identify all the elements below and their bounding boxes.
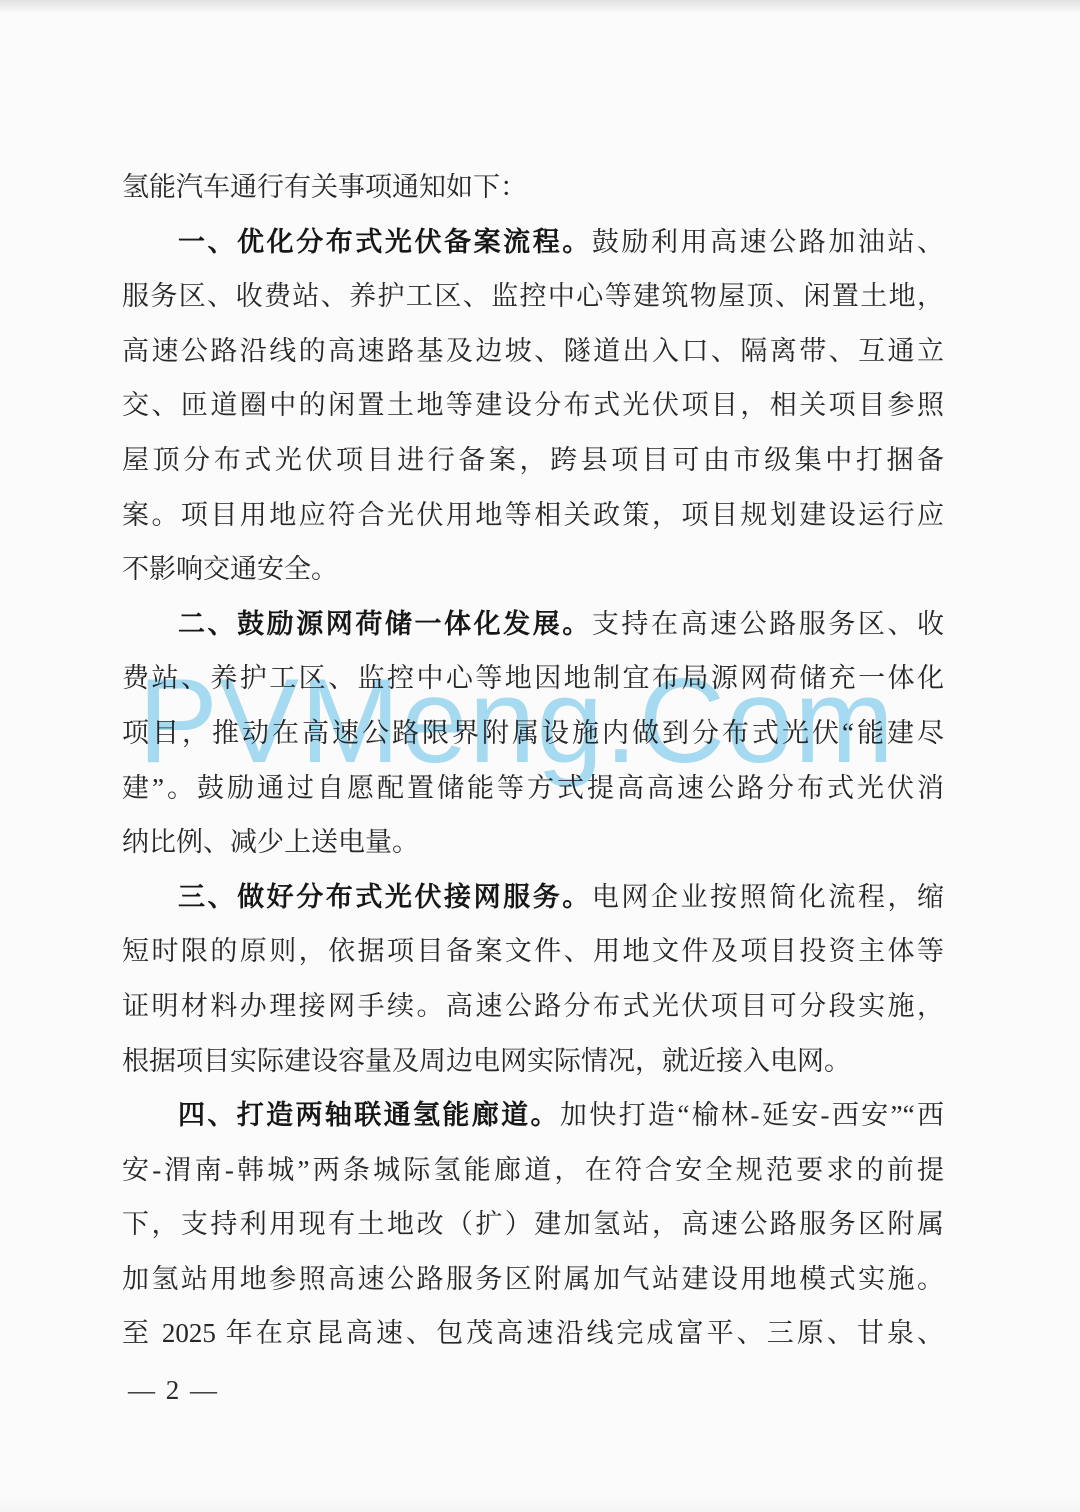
section-heading: 三、做好分布式光伏接网服务。 bbox=[178, 882, 592, 912]
scan-artifact-top bbox=[0, 0, 1080, 12]
text-line: 不影响交通安全。 bbox=[122, 542, 944, 597]
text-line: 服务区、收费站、养护工区、监控中心等建筑物屋顶、闲置土地， bbox=[122, 269, 944, 324]
document-text-body: 氢能汽车通行有关事项通知如下：一、优化分布式光伏备案流程。鼓励利用高速公路加油站… bbox=[122, 160, 944, 1361]
text-line: 氢能汽车通行有关事项通知如下： bbox=[122, 160, 944, 215]
text-line: 证明材料办理接网手续。高速公路分布式光伏项目可分段实施， bbox=[122, 979, 944, 1034]
paragraph-heading-line: 四、打造两轴联通氢能廊道。加快打造“榆林-延安-西安”“西 bbox=[122, 1088, 944, 1143]
text-line: 建”。鼓励通过自愿配置储能等方式提高高速公路分布式光伏消 bbox=[122, 761, 944, 816]
paragraph-heading-line: 三、做好分布式光伏接网服务。电网企业按照简化流程，缩 bbox=[122, 870, 944, 925]
text-line: 高速公路沿线的高速路基及边坡、隧道出入口、隔离带、互通立 bbox=[122, 324, 944, 379]
section-heading: 一、优化分布式光伏备案流程。 bbox=[178, 227, 592, 257]
section-heading: 四、打造两轴联通氢能廊道。 bbox=[178, 1100, 560, 1130]
document-page: PVMeng.Com 氢能汽车通行有关事项通知如下：一、优化分布式光伏备案流程。… bbox=[0, 0, 1080, 1512]
text-line: 短时限的原则，依据项目备案文件、用地文件及项目投资主体等 bbox=[122, 924, 944, 979]
text-line: 下，支持利用现有土地改（扩）建加氢站，高速公路服务区附属 bbox=[122, 1197, 944, 1252]
text-line: 根据项目实际建设容量及周边电网实际情况，就近接入电网。 bbox=[122, 1034, 944, 1089]
text-line: 案。项目用地应符合光伏用地等相关政策，项目规划建设运行应 bbox=[122, 488, 944, 543]
text-line: 纳比例、减少上送电量。 bbox=[122, 815, 944, 870]
text-line: 屋顶分布式光伏项目进行备案，跨县项目可由市级集中打捆备 bbox=[122, 433, 944, 488]
text-line: 项目，推动在高速公路限界附属设施内做到分布式光伏“能建尽 bbox=[122, 706, 944, 761]
paragraph-heading-line: 一、优化分布式光伏备案流程。鼓励利用高速公路加油站、 bbox=[122, 215, 944, 270]
text-line: 至 2025 年在京昆高速、包茂高速沿线完成富平、三原、甘泉、 bbox=[122, 1306, 944, 1361]
text-line: 交、匝道圈中的闲置土地等建设分布式光伏项目，相关项目参照 bbox=[122, 378, 944, 433]
text-line: 加氢站用地参照高速公路服务区附属加气站建设用地模式实施。 bbox=[122, 1252, 944, 1307]
page-number: — 2 — bbox=[128, 1363, 219, 1417]
text-line: 费站、养护工区、监控中心等地因地制宜布局源网荷储充一体化 bbox=[122, 651, 944, 706]
paragraph-heading-line: 二、鼓励源网荷储一体化发展。支持在高速公路服务区、收 bbox=[122, 597, 944, 652]
text-line: 安-渭南-韩城”两条城际氢能廊道，在符合安全规范要求的前提 bbox=[122, 1143, 944, 1198]
section-heading: 二、鼓励源网荷储一体化发展。 bbox=[178, 609, 592, 639]
